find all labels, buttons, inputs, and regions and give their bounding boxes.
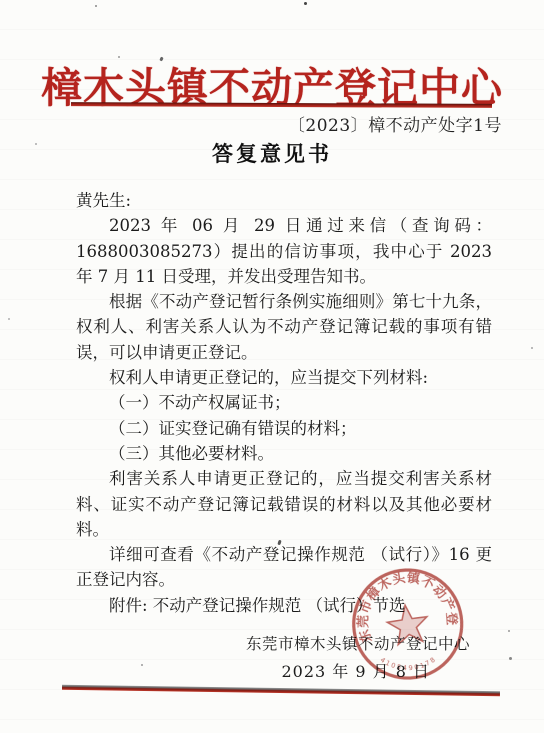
body-paragraph: （二）证实登记确有错误的材料； [76, 416, 492, 441]
body-paragraph: 利害关系人申请更正登记的，应当提交利害关系材料、证实不动产登记簿记载错误的材料以… [76, 466, 492, 542]
body-paragraph: 根据《不动产登记暂行条例实施细则》第七十九条，权利人、利害关系人认为不动产登记簿… [76, 289, 492, 365]
scan-speck [8, 318, 10, 320]
body-paragraph: （一）不动产权属证书； [76, 390, 492, 415]
document-page: 樟木头镇不动产登记中心 〔2023〕樟不动产处字1号 答复意见书 黄先生: 20… [0, 0, 544, 733]
official-seal: 东莞市樟木头镇不动产登记中心 4105490178 [327, 545, 490, 708]
doc-number: 〔2023〕樟不动产处字1号 [288, 111, 502, 136]
seal-star-icon [385, 602, 430, 645]
salutation: 黄先生: [76, 188, 492, 213]
scan-speck [509, 657, 512, 660]
body-paragraph: （三）其他必要材料。 [76, 441, 492, 466]
scan-speck [304, 2, 307, 5]
scan-speck [118, 56, 120, 58]
scan-speck [531, 347, 533, 349]
scan-speck [95, 5, 97, 7]
doc-title: 答复意见书 [0, 138, 544, 168]
scan-speck [35, 143, 37, 145]
body-paragraph: 2023 年 06 月 29 日通过来信（查询码：1688003085273）提… [76, 213, 492, 289]
scan-speck [141, 664, 143, 666]
body-paragraph: 权利人申请更正登记的，应当提交下列材料: [76, 365, 492, 390]
scan-speck [508, 630, 510, 632]
